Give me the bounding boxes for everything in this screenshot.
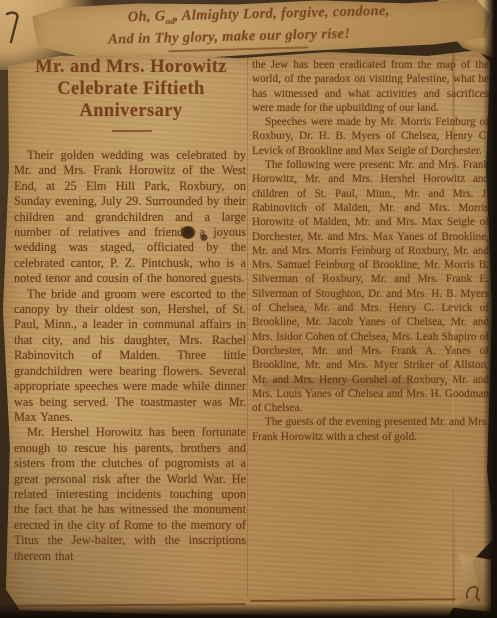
article-clipping: Mr. and Mrs. Horowitz Celebrate Fiftieth… (0, 48, 497, 618)
pen-squiggle (463, 578, 485, 604)
ink-stain (200, 234, 208, 241)
verse-clipping: Oh, God, Almighty Lord, forgive, condone… (28, 0, 491, 63)
paragraph: Their golden wedding was celebrated by M… (14, 148, 246, 287)
headline-divider-rule (112, 130, 152, 132)
verse-divider-rule (168, 46, 308, 52)
paragraph: Speeches were made by Mr. Morris Feinbur… (252, 115, 489, 158)
article-column-left: Their golden wedding was celebrated by M… (14, 148, 246, 596)
verse-text: Oh, God, Almighty Lord, forgive, condone… (28, 0, 491, 50)
paragraph: Mr. Hershel Horowitz has been fortunate … (14, 425, 246, 564)
headline-line-1: Mr. and Mrs. Horowitz (16, 56, 246, 78)
ink-stain (180, 226, 196, 239)
paragraph: The guests of the evening presented Mr. … (252, 415, 489, 444)
paragraph: The following were present: Mr. and Mrs.… (252, 158, 489, 415)
paragraph: the Jew has been eradicated from the map… (252, 58, 489, 115)
photo-edge-shadow-bottom (0, 604, 497, 618)
article-headline: Mr. and Mrs. Horowitz Celebrate Fiftieth… (16, 56, 246, 122)
print-smudge (262, 378, 412, 390)
headline-line-2: Celebrate Fiftieth (16, 78, 246, 100)
article-column-right: the Jew has been eradicated from the map… (252, 58, 489, 598)
verse-handwritten-insert: od (166, 16, 175, 26)
bottom-rule-right (250, 598, 482, 602)
photo-edge-shadow-right (483, 0, 497, 618)
verse-line1-suffix: , Almighty Lord, forgive, condone, (174, 3, 389, 24)
pen-mark (3, 10, 27, 46)
column-divider-rule (247, 58, 248, 598)
headline-line-3: Anniversary (16, 100, 246, 122)
verse-line1-prefix: Oh, G (128, 8, 166, 25)
paragraph: The bride and groom were escorted to the… (14, 287, 246, 426)
scrapbook-photo: Oh, God, Almighty Lord, forgive, condone… (0, 0, 497, 618)
